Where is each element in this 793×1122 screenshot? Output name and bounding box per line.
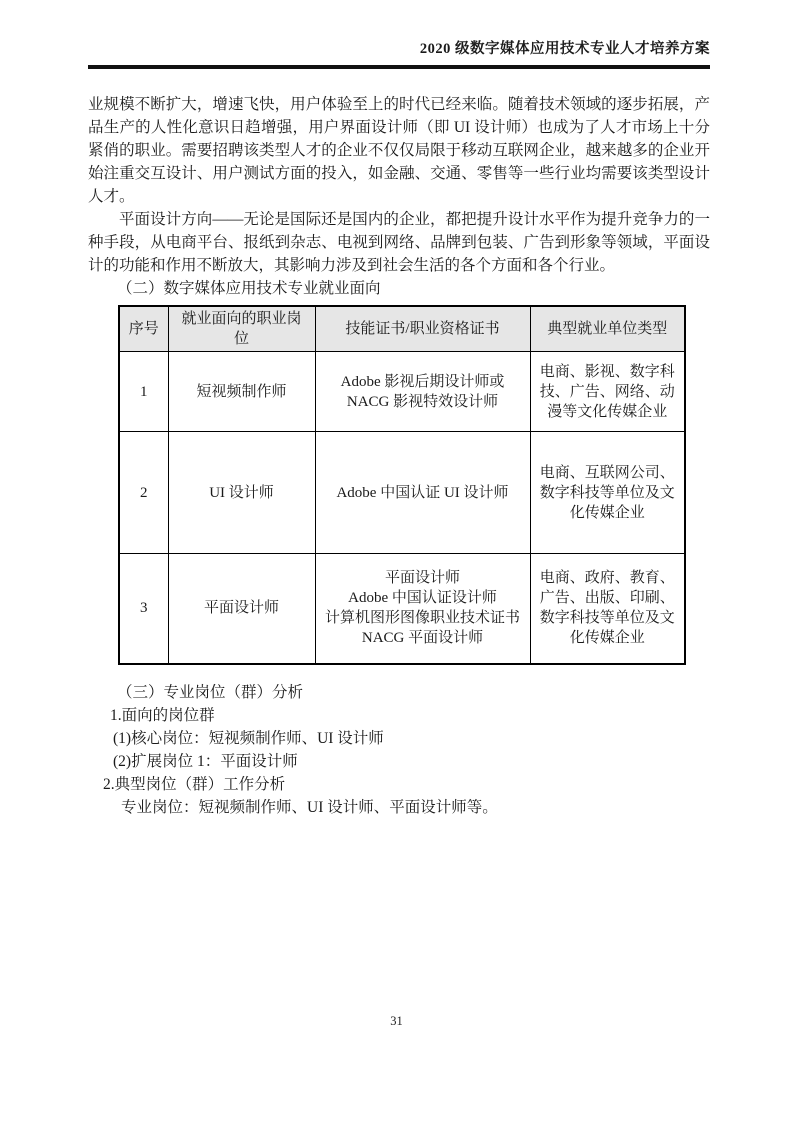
cell-index: 1 — [119, 352, 168, 432]
header-cell-index: 序号 — [119, 306, 168, 352]
cell-employer-type: 电商、互联网公司、数字科技等单位及文化传媒企业 — [530, 432, 685, 554]
cell-employer-type: 电商、政府、教育、广告、出版、印刷、数字科技等单位及文化传媒企业 — [530, 554, 685, 664]
header-title: 2020 级数字媒体应用技术专业人才培养方案 — [88, 40, 710, 58]
cell-position: 短视频制作师 — [168, 352, 315, 432]
cell-certificates: Adobe 影视后期设计师或 NACG 影视特效设计师 — [315, 352, 530, 432]
table-row: 3 平面设计师 平面设计师 Adobe 中国认证设计师 计算机图形图像职业技术证… — [119, 554, 685, 664]
section-heading-employment: （二）数字媒体应用技术专业就业面向 — [88, 277, 710, 300]
header-cell-certificates: 技能证书/职业资格证书 — [315, 306, 530, 352]
header-double-rule — [88, 65, 710, 69]
section-heading-job-analysis: （三）专业岗位（群）分析 — [88, 681, 710, 704]
list-item-job-groups: 1.面向的岗位群 — [88, 704, 710, 727]
header-cell-position: 就业面向的职业岗 位 — [168, 306, 315, 352]
employment-table: 序号 就业面向的职业岗 位 技能证书/职业资格证书 典型就业单位类型 1 短视频… — [118, 305, 686, 665]
list-item-core-jobs: (1)核心岗位：短视频制作师、UI 设计师 — [88, 727, 710, 750]
table-row: 1 短视频制作师 Adobe 影视后期设计师或 NACG 影视特效设计师 电商、… — [119, 352, 685, 432]
paragraph-graphic-design-direction: 平面设计方向——无论是国际还是国内的企业，都把提升设计水平作为提升竞争力的一种手… — [88, 208, 710, 277]
paragraph-continuation: 业规模不断扩大，增速飞快，用户体验至上的时代已经来临。随着技术领域的逐步拓展，产… — [88, 93, 710, 208]
cell-index: 3 — [119, 554, 168, 664]
list-item-professional-jobs: 专业岗位：短视频制作师、UI 设计师、平面设计师等。 — [88, 796, 710, 819]
cell-position: UI 设计师 — [168, 432, 315, 554]
page-content: 业规模不断扩大，增速飞快，用户体验至上的时代已经来临。随着技术领域的逐步拓展，产… — [88, 93, 710, 819]
cell-employer-type: 电商、影视、数字科技、广告、网络、动漫等文化传媒企业 — [530, 352, 685, 432]
table-row: 2 UI 设计师 Adobe 中国认证 UI 设计师 电商、互联网公司、数字科技… — [119, 432, 685, 554]
section-3-block: （三）专业岗位（群）分析 1.面向的岗位群 (1)核心岗位：短视频制作师、UI … — [88, 681, 710, 819]
table-header-row: 序号 就业面向的职业岗 位 技能证书/职业资格证书 典型就业单位类型 — [119, 306, 685, 352]
list-item-typical-job-analysis: 2.典型岗位（群）工作分析 — [88, 773, 710, 796]
cell-position: 平面设计师 — [168, 554, 315, 664]
header-cell-employer-type: 典型就业单位类型 — [530, 306, 685, 352]
page-number: 31 — [0, 1014, 793, 1029]
cell-certificates: Adobe 中国认证 UI 设计师 — [315, 432, 530, 554]
cell-index: 2 — [119, 432, 168, 554]
document-page: 2020 级数字媒体应用技术专业人才培养方案 业规模不断扩大，增速飞快，用户体验… — [0, 0, 793, 1122]
page-header: 2020 级数字媒体应用技术专业人才培养方案 — [0, 0, 793, 69]
list-item-extended-jobs: (2)扩展岗位 1：平面设计师 — [88, 750, 710, 773]
cell-certificates: 平面设计师 Adobe 中国认证设计师 计算机图形图像职业技术证书 NACG 平… — [315, 554, 530, 664]
